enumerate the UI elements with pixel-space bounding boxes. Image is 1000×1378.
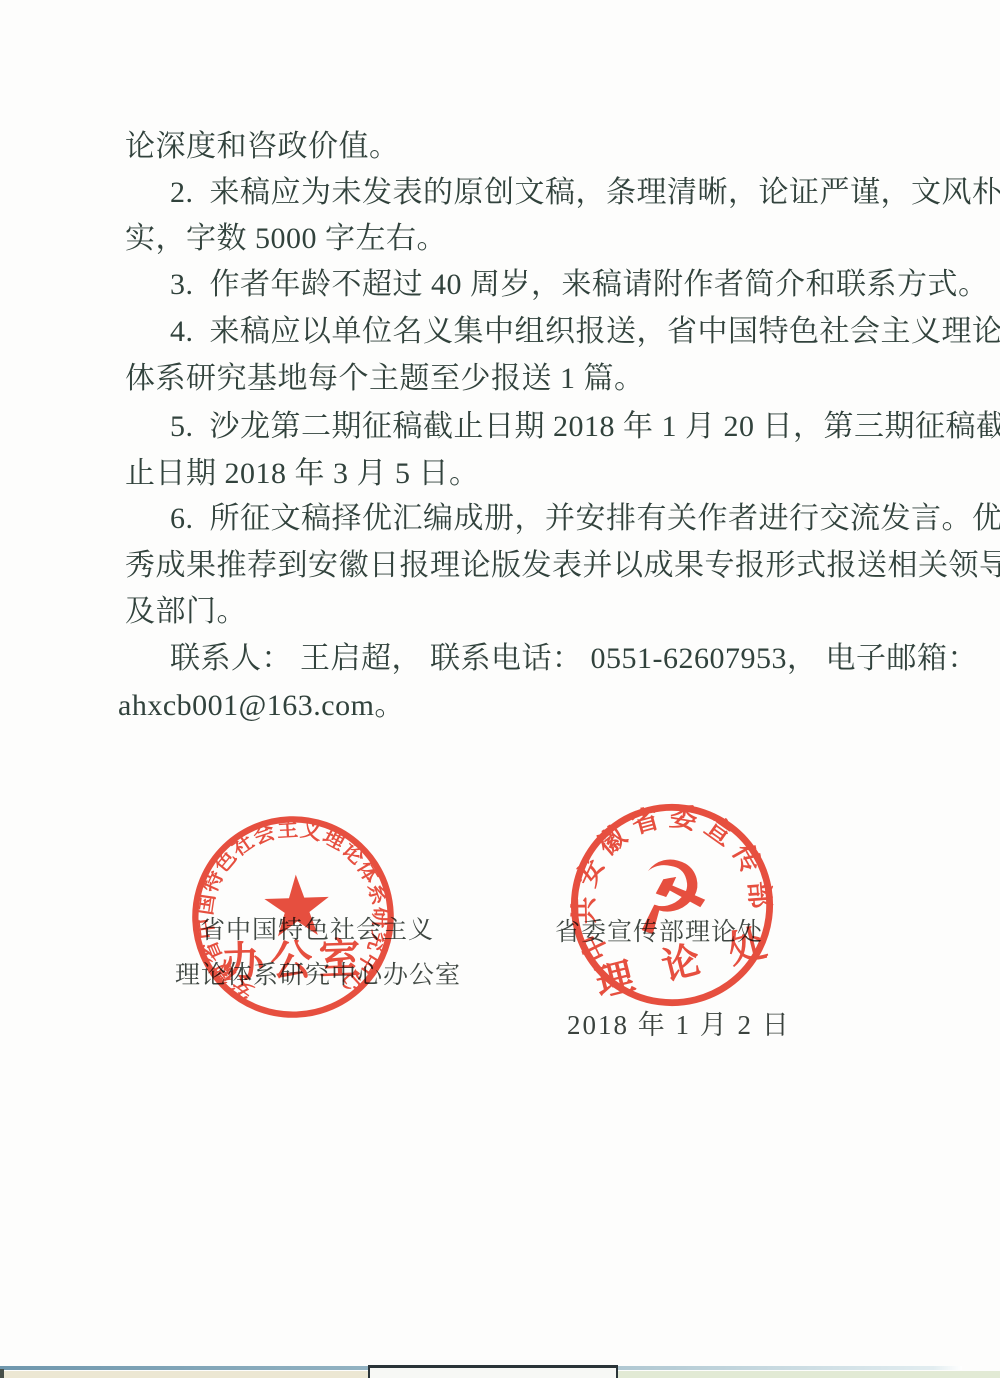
- body-line: 6. 所征文稿择优汇编成册，并安排有关作者进行交流发言。优: [170, 500, 1000, 538]
- body-line: 3. 作者年龄不超过 40 周岁，来稿请附作者简介和联系方式。: [170, 266, 989, 304]
- scan-edge-right-strip: [618, 1371, 1000, 1378]
- scan-edge-left-strip: [0, 1371, 368, 1378]
- body-line: 联系人： 王启超， 联系电话： 0551-62607953， 电子邮箱：: [170, 640, 978, 678]
- scan-edge-middle-tab: [368, 1365, 618, 1378]
- official-seal-right: 中共安徽省委宣传部 ☭ 理 论 处: [545, 778, 800, 1033]
- body-line: 5. 沙龙第二期征稿截止日期 2018 年 1 月 20 日，第三期征稿截: [170, 408, 1000, 446]
- seal-left-graphic: 安徽省中国特色社会主义理论体系研究中心 ★ 办公室: [184, 808, 401, 1025]
- seal-right-graphic: 中共安徽省委宣传部 ☭ 理 论 处: [545, 778, 800, 1033]
- stamp-bottom-text: 办公室: [221, 935, 367, 987]
- body-line-email: ahxcb001@163.com。: [118, 687, 405, 725]
- body-line: 及部门。: [125, 593, 247, 631]
- body-line: 2. 来稿应为未发表的原创文稿，条理清晰，论证严谨，文风朴: [170, 174, 1000, 212]
- body-line: 论深度和咨政价值。: [125, 128, 400, 166]
- body-line: 秀成果推荐到安徽日报理论版发表并以成果专报形式报送相关领导: [125, 547, 1000, 585]
- body-line: 实，字数 5000 字左右。: [125, 220, 447, 258]
- body-line: 体系研究基地每个主题至少报送 1 篇。: [125, 360, 645, 398]
- scanned-document-page: 论深度和咨政价值。 2. 来稿应为未发表的原创文稿，条理清晰，论证严谨，文风朴 …: [0, 0, 1000, 1378]
- official-seal-left: 安徽省中国特色社会主义理论体系研究中心 ★ 办公室: [184, 808, 401, 1025]
- body-line: 止日期 2018 年 3 月 5 日。: [125, 455, 480, 493]
- scan-edge-corner: [0, 1369, 4, 1378]
- body-line: 4. 来稿应以单位名义集中组织报送，省中国特色社会主义理论: [170, 313, 1000, 351]
